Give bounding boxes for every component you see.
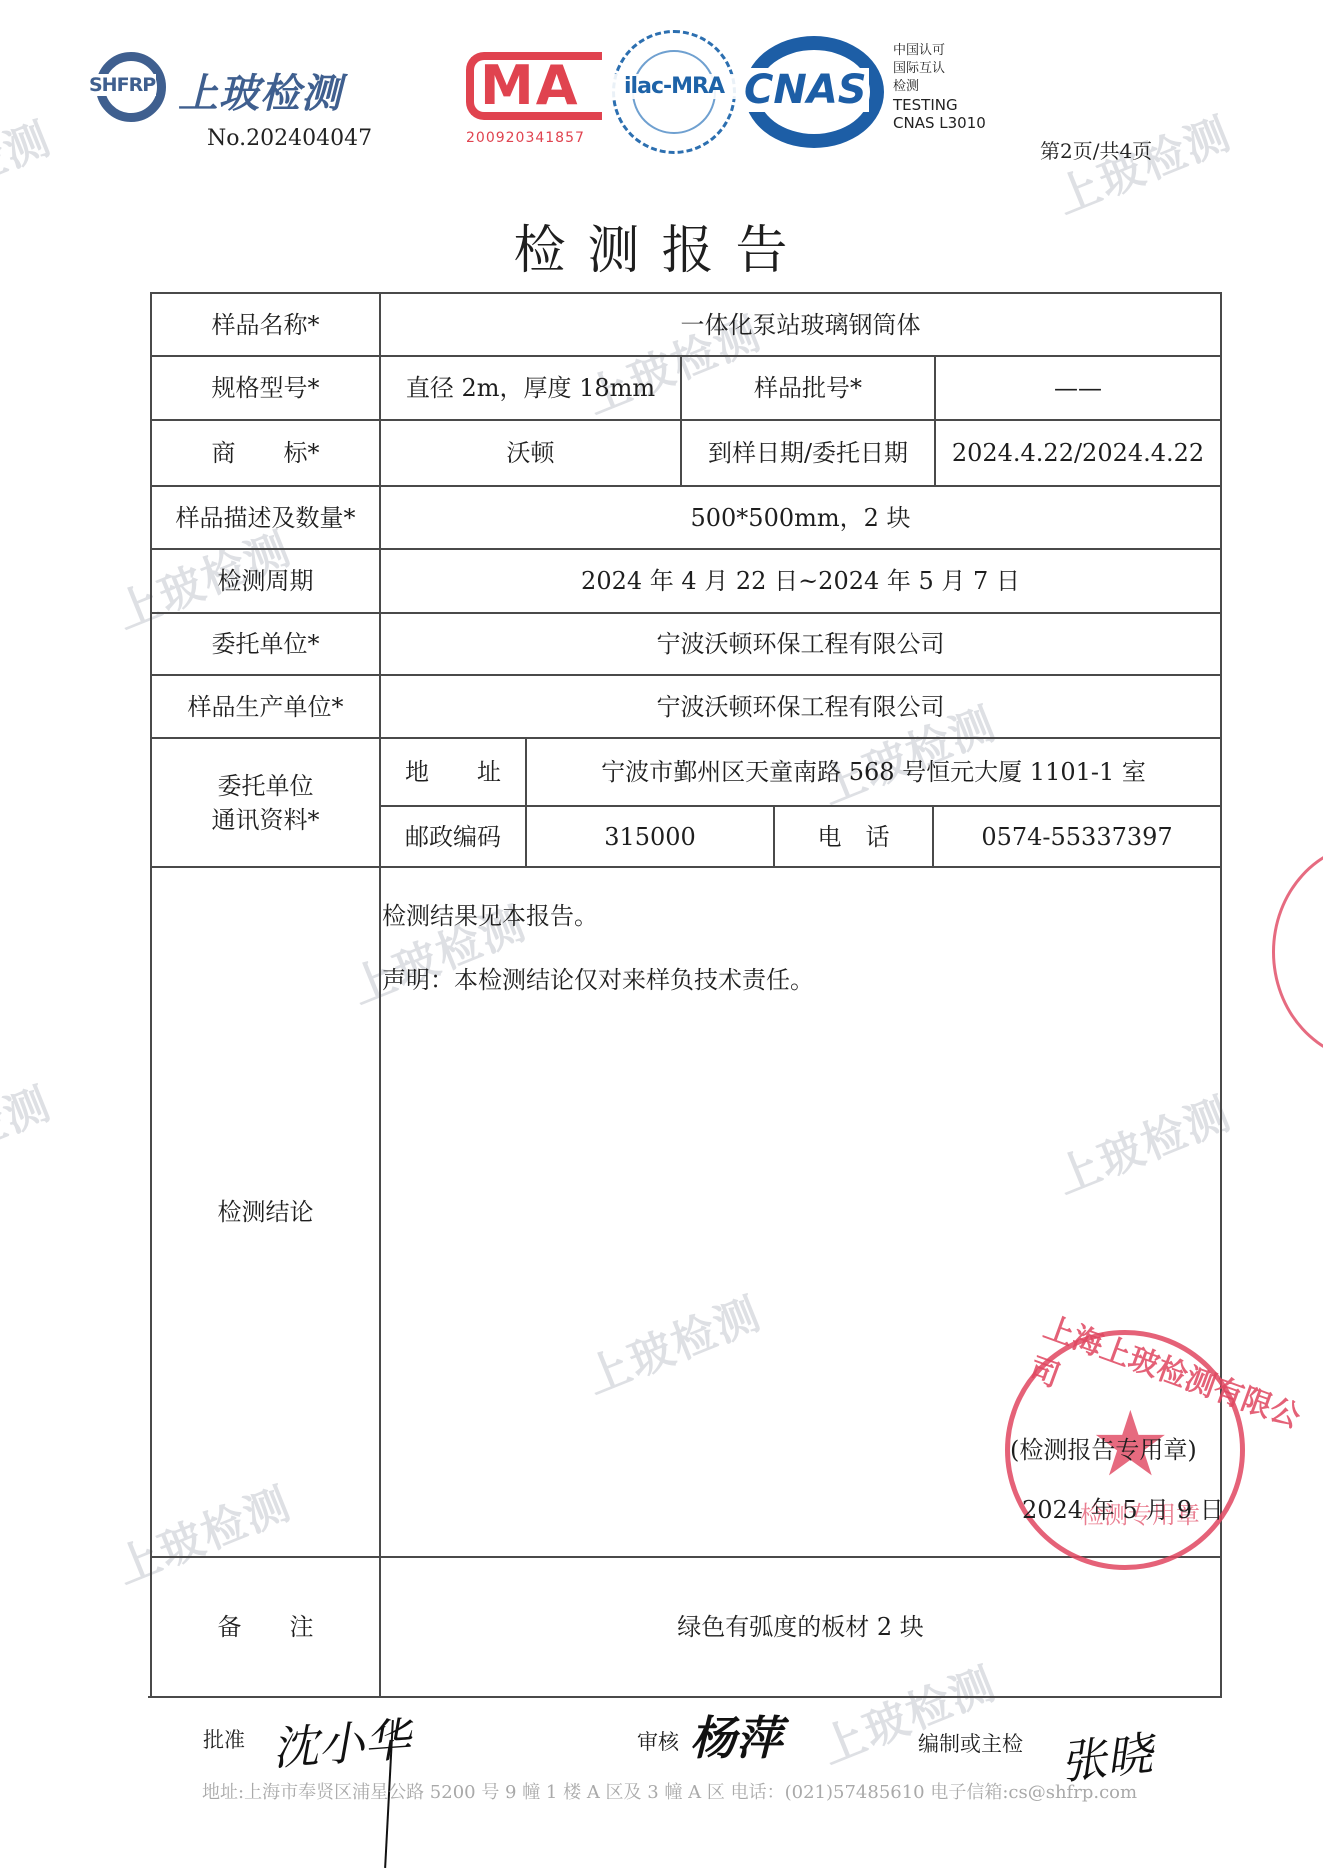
postcode-label: 邮政编码 — [381, 807, 525, 866]
brand-value: 沃顿 — [381, 421, 680, 485]
date-label: 到样日期/委托日期 — [682, 421, 934, 485]
watermark: 上玻检测 — [0, 1068, 59, 1196]
postcode-value: 315000 — [527, 807, 773, 866]
conclusion-label: 检测结论 — [152, 868, 379, 1556]
stamp-date: 2024 年 5 月 9 日 — [1022, 1490, 1224, 1525]
contact-label-line1: 委托单位 — [218, 769, 314, 803]
cnas-info-line: 国际互认 — [893, 60, 986, 78]
cnas-info-line: 中国认可 — [893, 42, 986, 60]
description-value: 500*500mm，2 块 — [381, 487, 1220, 548]
sample-name-label: 样品名称* — [152, 294, 379, 355]
cma-number: 200920341857 — [466, 130, 585, 146]
period-label: 检测周期 — [152, 550, 379, 612]
batch-value: —— — [936, 357, 1220, 419]
watermark: 上玻检测 — [575, 1278, 770, 1406]
phone-label: 电 话 — [775, 807, 932, 866]
client-value: 宁波沃顿环保工程有限公司 — [381, 614, 1220, 674]
contact-label: 委托单位 通讯资料* — [152, 739, 379, 866]
logo-name: 上玻检测 — [178, 62, 342, 119]
table-border — [148, 1696, 1220, 1698]
conclusion-line2: 声明：本检测结论仅对来样负技术责任。 — [382, 960, 814, 995]
approve-label: 批准 — [203, 1724, 245, 1754]
cnas-info-line: TESTING — [893, 96, 986, 114]
review-label: 审核 — [637, 1726, 679, 1756]
batch-label: 样品批号* — [682, 357, 934, 419]
cma-mark: MA — [480, 54, 580, 117]
compile-label: 编制或主检 — [918, 1728, 1023, 1758]
cnas-mark: CNAS — [742, 68, 869, 112]
date-value: 2024.4.22/2024.4.22 — [936, 421, 1220, 485]
period-value: 2024 年 4 月 22 日~2024 年 5 月 7 日 — [381, 550, 1220, 612]
logo-abbr: SHFRP — [88, 74, 156, 96]
sample-name-value: 一体化泵站玻璃钢筒体 — [381, 294, 1220, 355]
address-label: 地 址 — [381, 739, 525, 805]
conclusion-line1: 检测结果见本报告。 — [382, 896, 598, 931]
description-label: 样品描述及数量* — [152, 487, 379, 548]
edge-seal — [1272, 842, 1323, 1062]
page-indicator: 第2页/共4页 — [1040, 135, 1152, 164]
brand-label: 商 标* — [152, 421, 379, 485]
report-number: No.202404047 — [207, 126, 372, 151]
stamp-note: (检测报告专用章) — [1010, 1430, 1197, 1465]
phone-value: 0574-55337397 — [934, 807, 1220, 866]
watermark: 上玻检测 — [1045, 1078, 1240, 1206]
manufacturer-value: 宁波沃顿环保工程有限公司 — [381, 676, 1220, 737]
contact-label-line2: 通讯资料* — [212, 803, 320, 837]
ilac-mark: ilac-MRA — [612, 74, 736, 99]
manufacturer-label: 样品生产单位* — [152, 676, 379, 737]
address-value: 宁波市鄞州区天童南路 568 号恒元大厦 1101-1 室 — [527, 739, 1220, 805]
document-title: 检测报告 — [0, 208, 1323, 283]
footer-address: 地址:上海市奉贤区浦星公路 5200 号 9 幢 1 楼 A 区及 3 幢 A … — [202, 1778, 1137, 1804]
cnas-info-line: 检测 — [893, 78, 986, 96]
client-label: 委托单位* — [152, 614, 379, 674]
remarks-value: 绿色有弧度的板材 2 块 — [381, 1558, 1220, 1696]
spec-value: 直径 2m，厚度 18mm — [381, 357, 680, 419]
cnas-info-line: CNAS L3010 — [893, 114, 986, 132]
review-signature: 杨萍 — [690, 1702, 782, 1768]
cnas-info: 中国认可 国际互认 检测 TESTING CNAS L3010 — [893, 42, 986, 132]
remarks-label: 备 注 — [152, 1558, 379, 1696]
spec-label: 规格型号* — [152, 357, 379, 419]
